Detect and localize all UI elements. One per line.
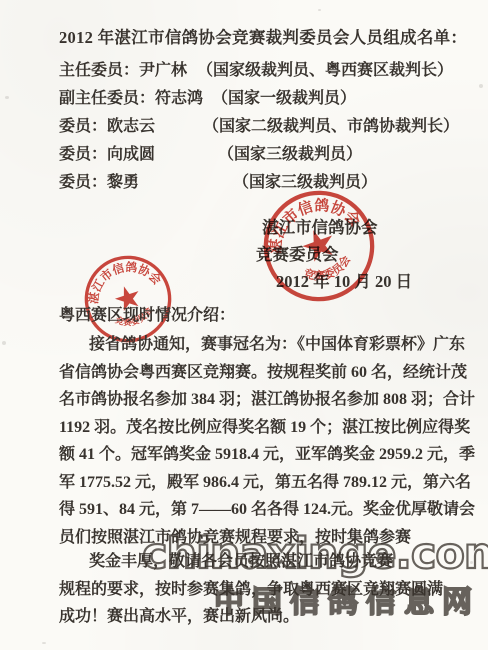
committee-row: 主任委员：尹广林 （国家级裁判员、粤西赛区裁判长）	[59, 57, 469, 85]
committee-row: 委员：向成圆 （国家三级裁判员）	[59, 141, 469, 169]
committee-role: 委员：向成圆	[59, 146, 155, 163]
scan-speck	[479, 84, 483, 88]
committee-list: 主任委员：尹广林 （国家级裁判员、粤西赛区裁判长） 副主任委员：符志鸿 （国家一…	[59, 57, 469, 197]
watermark-site-name: chinaxinge.com	[142, 529, 488, 579]
document-title: 2012 年湛江市信鸽协会竞赛裁判委员会人员组成名单：	[59, 28, 467, 48]
section-heading: 粤西赛区现时情况介绍：	[59, 306, 235, 326]
paragraph-announcement: 接省鸽协通知，赛事冠名为：《中国体育彩票杯》广东 省信鸽协会粤西赛区竞翔赛。按规…	[59, 331, 455, 551]
scan-speck	[5, 96, 9, 99]
watermark-chinese-name: 中国信鸽信息网	[214, 577, 480, 621]
scan-speck	[2, 341, 6, 345]
text-line: 接省鸽协通知，赛事冠名为：《中国体育彩票杯》广东	[59, 331, 455, 359]
committee-role: 主任委员：尹广林	[59, 62, 187, 79]
text-line: 得 591、84 元，第 7——60 名各得 124.元。奖金优厚敬请会	[59, 496, 455, 524]
text-line: 军 1775.52 元，殿军 986.4 元，第五名得 789.12 元，第六名	[59, 469, 455, 497]
committee-role: 委员：欧志云	[59, 118, 155, 135]
committee-row: 副主任委员：符志鸿 （国家一级裁判员）	[59, 85, 469, 113]
scan-speck	[318, 9, 321, 11]
committee-qualification: （国家二级裁判员、市鸽协裁判长）	[203, 113, 459, 141]
committee-qualification: （国家一级裁判员）	[212, 85, 356, 113]
text-line: 1192 羽。茂名按比例应得奖名额 19 个；湛江按比例应得奖	[59, 414, 455, 442]
text-line: 额 41 个。冠军鸽奖金 5918.4 元，亚军鸽奖金 2959.2 元，季	[59, 441, 455, 469]
scan-speck	[42, 642, 46, 644]
committee-role: 副主任委员：符志鸿	[59, 90, 203, 107]
committee-role: 委员：黎勇	[59, 174, 139, 191]
committee-qualification: （国家三级裁判员）	[218, 141, 362, 169]
committee-qualification: （国家级裁判员、粤西赛区裁判长）	[197, 57, 453, 85]
committee-row: 委员：黎勇 （国家三级裁判员）	[59, 169, 469, 197]
text-line: 省信鸽协会粤西赛区竞翔赛。按规程奖前 60 名，经统计茂	[59, 359, 455, 387]
scanned-document-page: 2012 年湛江市信鸽协会竞赛裁判委员会人员组成名单： 主任委员：尹广林 （国家…	[0, 0, 488, 650]
committee-row: 委员：欧志云 （国家二级裁判员、市鸽协裁判长）	[59, 113, 469, 141]
text-line: 名市鸽协报名参加 384 羽；湛江鸽协报名参加 808 羽；合计	[59, 386, 455, 414]
